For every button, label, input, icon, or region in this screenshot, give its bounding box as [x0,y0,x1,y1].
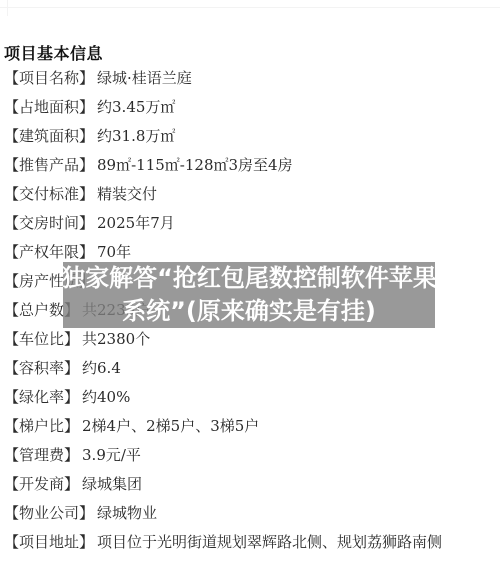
info-row-greening-rate: 【绿化率】约40% [4,383,500,412]
faint-top-divider [0,7,500,8]
watermark-overlay: 独家解答“抢红包尾数控制软件苹果 系统”(原来确实是有挂) [63,262,435,328]
field-label: 【交付标准】 [4,185,94,203]
field-value: 绿城物业 [97,504,157,522]
field-value: 共2380个 [82,330,150,348]
field-value: 约3.45万㎡ [97,98,175,116]
field-value: 2梯4户、2梯5户、3梯5户 [82,417,259,435]
info-row-project-name: 【项目名称】绿城·桂语兰庭 [4,64,500,93]
field-label: 【建筑面积】 [4,127,94,145]
info-row-developer: 【开发商】绿城集团 [4,470,500,499]
field-value: 绿城集团 [82,475,142,493]
field-value: 精装交付 [97,185,157,203]
field-label: 【梯户比】 [4,417,79,435]
info-row-elevator-ratio: 【梯户比】2梯4户、2梯5户、3梯5户 [4,412,500,441]
field-value: 绿城·桂语兰庭 [97,69,192,87]
field-value: 约40% [82,388,130,406]
info-row-building-area: 【建筑面积】约31.8万㎡ [4,122,500,151]
info-row-parking-ratio: 【车位比】共2380个 [4,325,500,354]
field-label: 【项目名称】 [4,69,94,87]
info-row-plot-ratio: 【容积率】约6.4 [4,354,500,383]
field-label: 【推售产品】 [4,156,94,174]
project-info-page: 项目基本信息 【项目名称】绿城·桂语兰庭 【占地面积】约3.45万㎡ 【建筑面积… [0,0,500,588]
field-label: 【开发商】 [4,475,79,493]
field-value: 3.9元/平 [82,446,141,464]
info-row-management-fee: 【管理费】3.9元/平 [4,441,500,470]
watermark-text-line1: 独家解答“抢红包尾数控制软件苹果 [61,262,437,295]
info-row-land-area: 【占地面积】约3.45万㎡ [4,93,500,122]
field-label: 【交房时间】 [4,214,94,232]
info-row-project-address: 【项目地址】项目位于光明街道规划翠辉路北侧、规划荔狮路南侧 [4,528,500,557]
info-row-delivery-standard: 【交付标准】精装交付 [4,180,500,209]
watermark-text-line2: 系统”(原来确实是有挂) [122,295,376,328]
field-value: 2025年7月 [97,214,175,232]
field-value: 约6.4 [82,359,121,377]
info-row-products: 【推售产品】89㎡-115㎡-128㎡3房至4房 [4,151,500,180]
info-row-delivery-time: 【交房时间】2025年7月 [4,209,500,238]
field-value: 89㎡-115㎡-128㎡3房至4房 [97,156,293,174]
faint-left-divider [7,0,8,16]
field-value: 项目位于光明街道规划翠辉路北侧、规划荔狮路南侧 [97,533,442,551]
field-label: 【物业公司】 [4,504,94,522]
field-label: 【产权年限】 [4,243,94,261]
info-row-property-company: 【物业公司】绿城物业 [4,499,500,528]
field-label: 【管理费】 [4,446,79,464]
field-label: 【项目地址】 [4,533,94,551]
field-label: 【车位比】 [4,330,79,348]
field-label: 【容积率】 [4,359,79,377]
field-value: 70年 [97,243,131,261]
page-title: 项目基本信息 [4,41,103,64]
field-label: 【占地面积】 [4,98,94,116]
field-label: 【绿化率】 [4,388,79,406]
field-value: 约31.8万㎡ [97,127,175,145]
